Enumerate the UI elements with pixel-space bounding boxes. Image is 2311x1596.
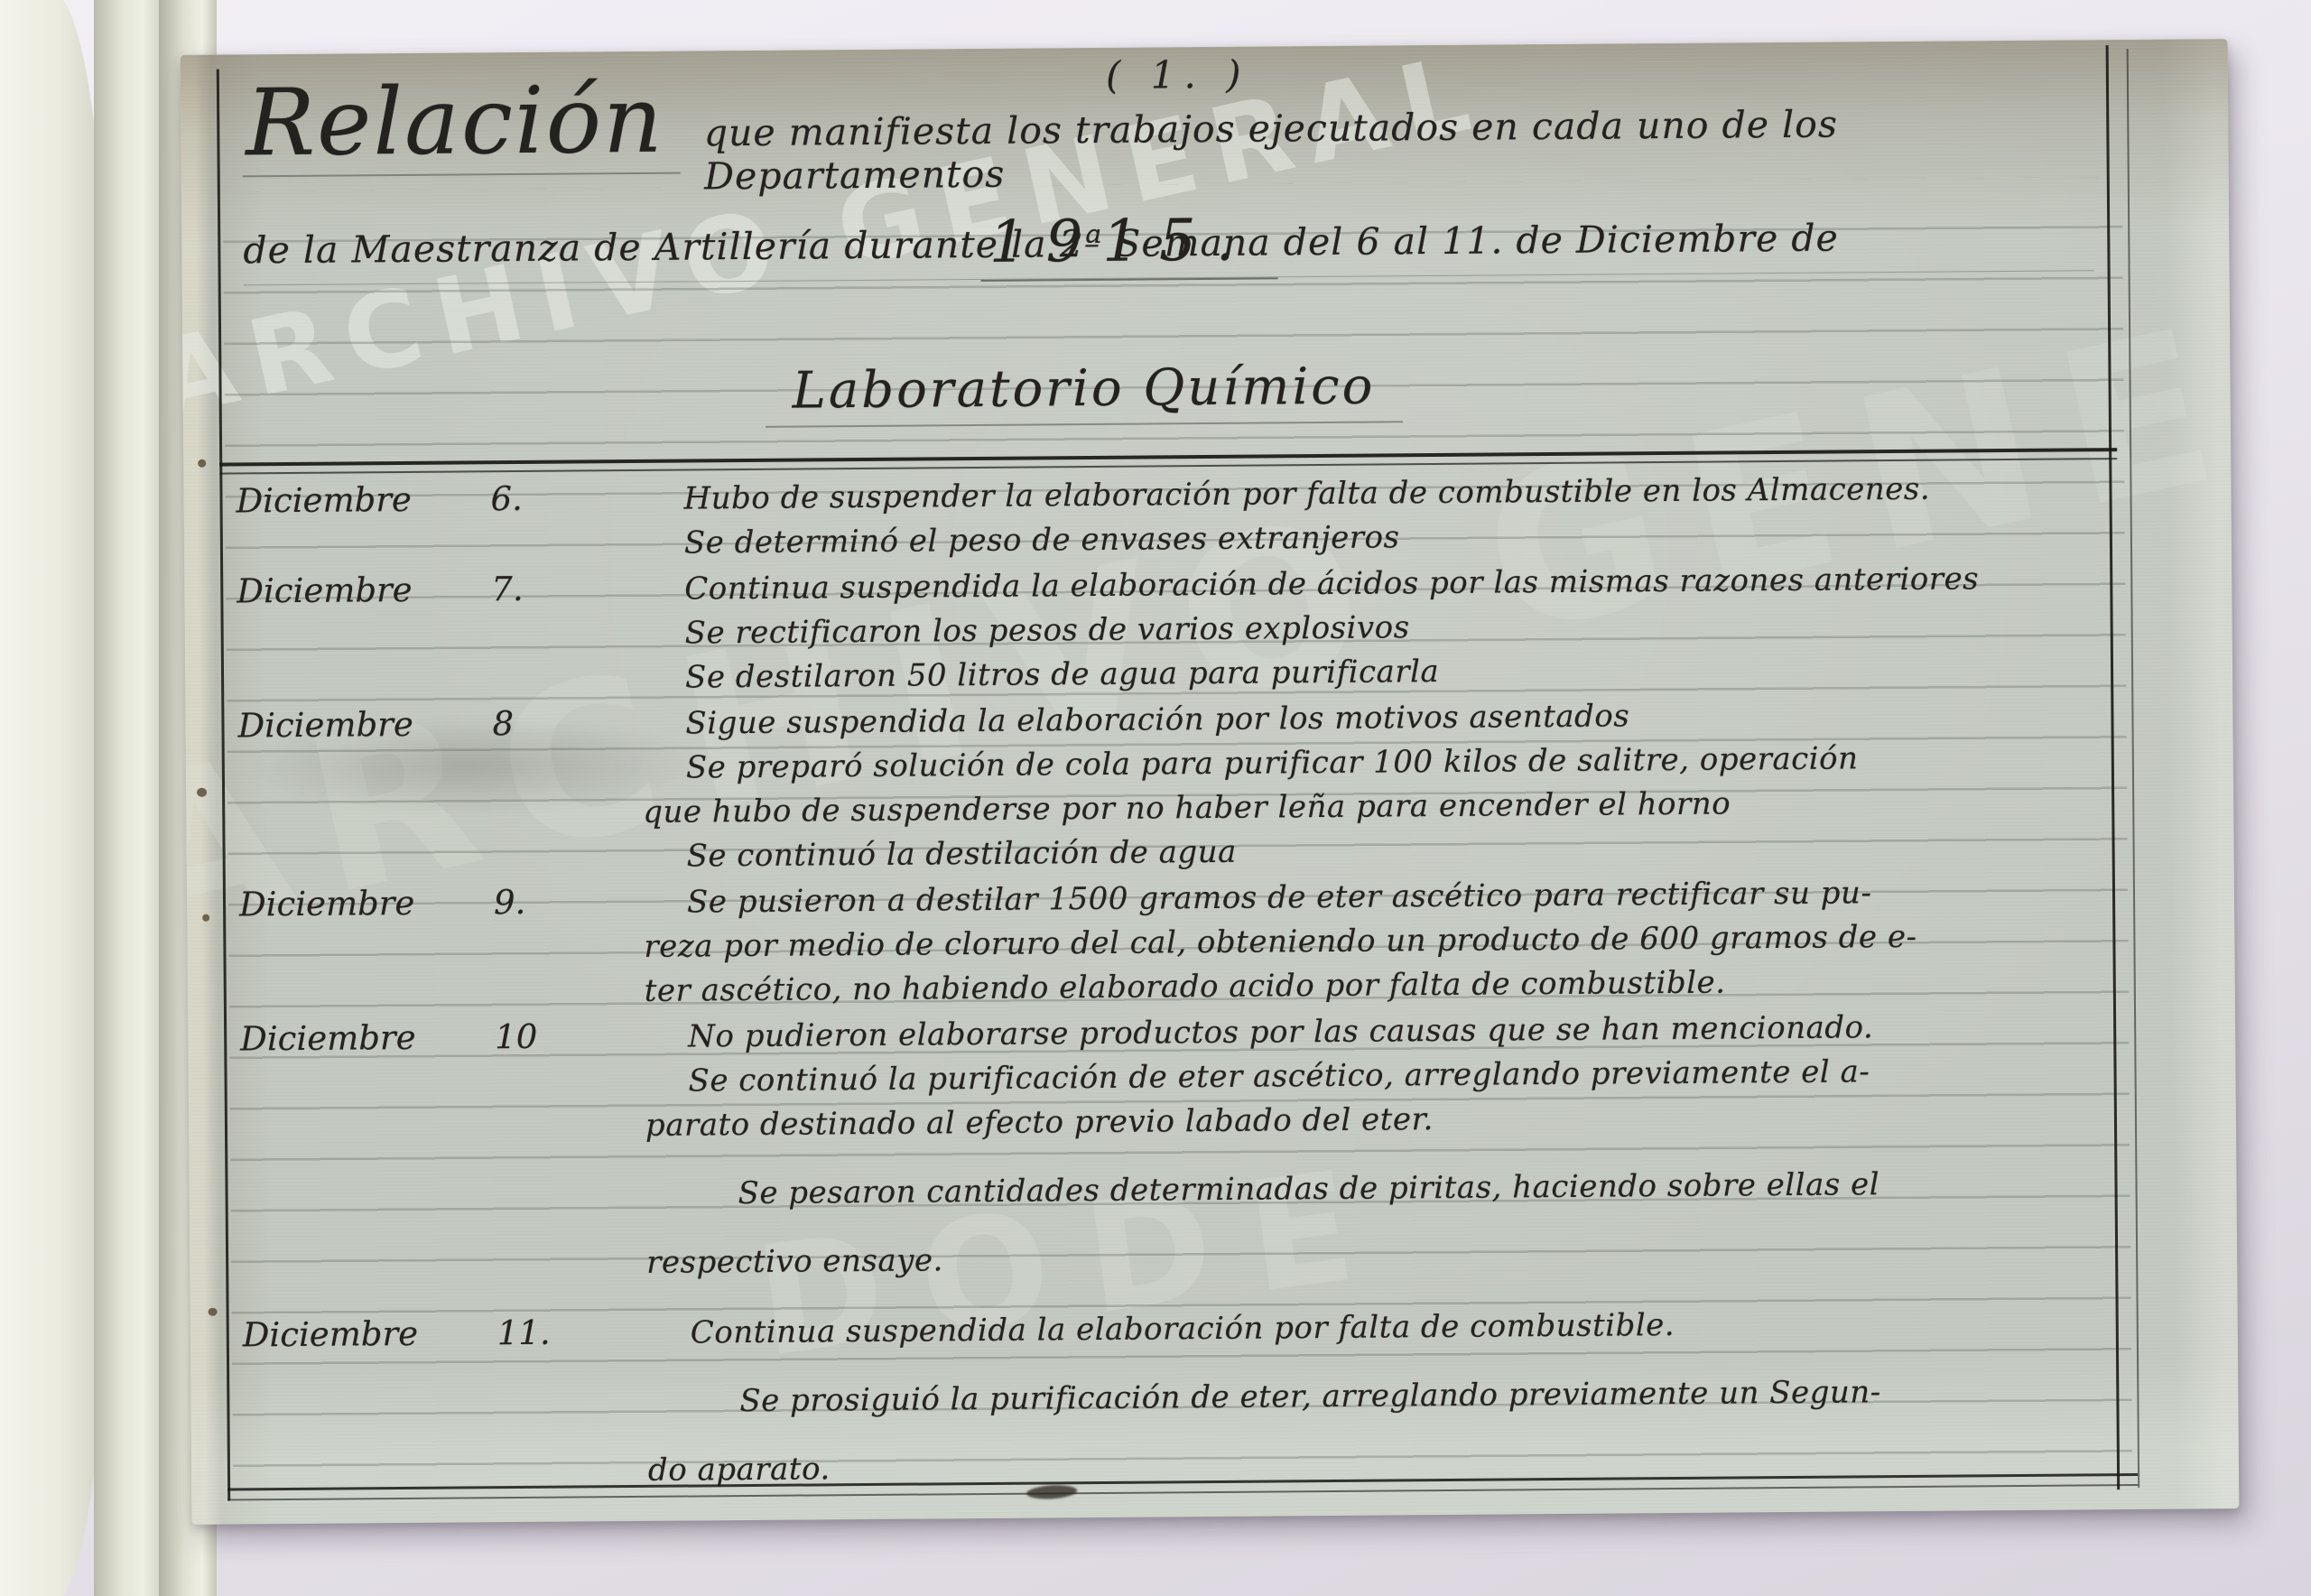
entry-day <box>496 1136 602 1137</box>
entry-text: do aparato. <box>605 1437 2123 1493</box>
entry-day: 7. <box>491 566 598 611</box>
entry-month: Diciembre <box>221 477 490 523</box>
entry-month: Diciembre <box>225 880 494 926</box>
entry-text: Continua suspendida la elaboración por f… <box>604 1300 2122 1356</box>
entry-day: 6. <box>490 476 597 521</box>
entry-day <box>496 1091 602 1092</box>
entry-day <box>494 867 600 868</box>
section-heading: Laboratorio Químico <box>765 357 1402 428</box>
manuscript-page: ARCHIVO GENERAL ARCHIVO GENERAL DODE ( 1… <box>181 39 2240 1525</box>
entry-text: Se prosiguió la purificación de eter, ar… <box>604 1369 2122 1424</box>
entry-day <box>497 1412 604 1413</box>
entry-day <box>498 1480 605 1481</box>
entry-month <box>227 1137 496 1138</box>
title-line1: que manifiesta los trabajos ejecutados e… <box>704 100 2093 198</box>
entry-text: respectivo ensaye. <box>603 1229 2121 1285</box>
entry-month: Diciembre <box>222 567 491 613</box>
entry-month <box>223 645 492 646</box>
entry-day <box>495 1001 601 1002</box>
binding-hole <box>209 1308 218 1316</box>
entry-day <box>492 688 599 689</box>
right-margin-line-2 <box>2127 49 2140 1488</box>
entry-month <box>224 823 493 825</box>
entry-day <box>493 822 599 823</box>
binding-hole <box>202 914 209 922</box>
entry-day <box>497 1204 603 1205</box>
binding-hole <box>198 459 206 468</box>
entry-day: 10 <box>495 1014 601 1059</box>
entry-month <box>228 1413 497 1415</box>
entry-month <box>226 958 495 960</box>
entry-month <box>225 868 494 869</box>
entry-day: 11. <box>497 1310 604 1355</box>
entry-text: Se pesaron cantidades determinadas de pi… <box>602 1161 2121 1217</box>
entry-month <box>223 689 492 691</box>
entry-month <box>227 1205 497 1207</box>
title-lead-word: Relación <box>242 75 681 178</box>
entry-row: Diciembre11.Continua suspendida la elabo… <box>228 1298 2122 1359</box>
entry-row: respectivo ensaye. <box>227 1229 2121 1288</box>
entry-row: Se pesaron cantidades determinadas de pi… <box>227 1161 2121 1220</box>
page-edge-2 <box>94 0 164 1596</box>
entry-day <box>492 644 599 645</box>
entry-day <box>495 957 601 958</box>
entry-day <box>491 553 598 554</box>
entry-month: Diciembre <box>226 1015 495 1061</box>
entry-day <box>497 1273 603 1274</box>
entry-month <box>227 1274 497 1276</box>
entries: Diciembre6.Hubo de suspender la elaborac… <box>221 464 2123 1496</box>
binding-hole <box>197 788 207 797</box>
page-edge-1 <box>0 0 107 1596</box>
entry-month <box>222 554 491 556</box>
entry-month <box>227 1092 496 1094</box>
entry-row: Se prosiguió la purificación de eter, ar… <box>228 1369 2122 1427</box>
entry-month: Diciembre <box>228 1311 497 1357</box>
title-year: 1915. <box>980 207 1278 282</box>
photo-of-manuscript: ARCHIVO GENERAL ARCHIVO GENERAL DODE ( 1… <box>0 0 2311 1596</box>
header-separator-line <box>219 448 2117 466</box>
entry-day: 9. <box>494 879 600 924</box>
entry-month <box>229 1481 498 1483</box>
entry-month <box>226 1002 495 1004</box>
